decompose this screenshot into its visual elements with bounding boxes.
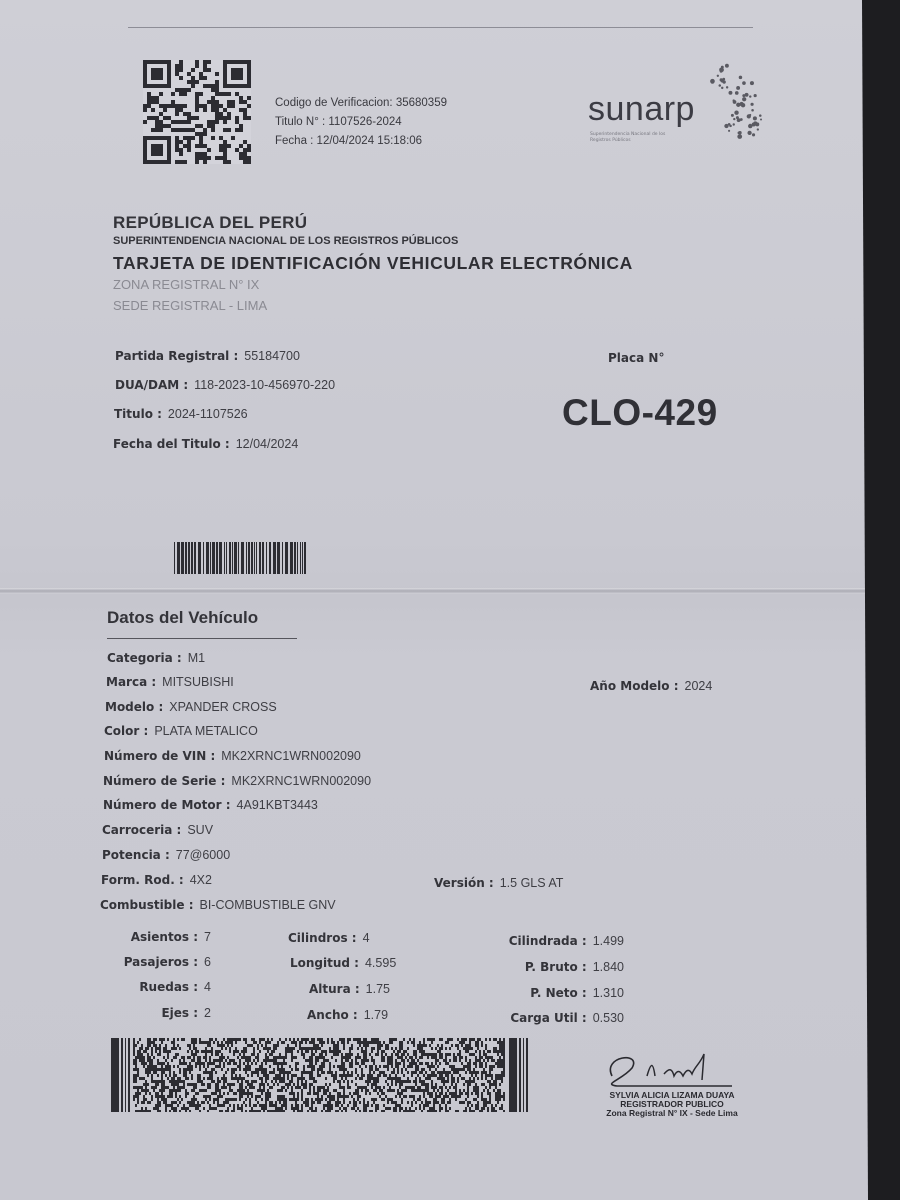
p-bruto-field: P. Bruto :1.840 bbox=[525, 960, 624, 974]
combustible-label: Combustible : bbox=[100, 898, 194, 912]
ejes-value: 2 bbox=[204, 1006, 211, 1020]
longitud-value: 4.595 bbox=[365, 956, 396, 970]
verification-title-number: Titulo N° : 1107526-2024 bbox=[275, 113, 447, 132]
anio-modelo-value: 2024 bbox=[685, 679, 713, 693]
longitud-label: Longitud : bbox=[290, 956, 359, 970]
vin-label: Número de VIN : bbox=[104, 749, 215, 763]
logo-subtitle: Superintendencia Nacional de los Registr… bbox=[590, 132, 680, 144]
partida-value: 55184700 bbox=[244, 349, 300, 363]
categoria-label: Categoria : bbox=[107, 651, 182, 665]
top-rule bbox=[128, 27, 753, 28]
color-value: PLATA METALICO bbox=[154, 724, 258, 738]
sunarp-logo: sunarp Superintendencia Nacional de los … bbox=[588, 60, 768, 160]
logo-wordmark: sunarp bbox=[588, 90, 695, 129]
verification-block: Codigo de Verificacion: 35680359 Titulo … bbox=[275, 94, 447, 151]
anio-modelo-field: Año Modelo :2024 bbox=[590, 679, 712, 693]
color-label: Color : bbox=[104, 724, 148, 738]
carga-util-value: 0.530 bbox=[593, 1011, 624, 1025]
fold-crease bbox=[0, 588, 868, 594]
p-bruto-label: P. Bruto : bbox=[525, 960, 587, 974]
registrar-zone: Zona Registral N° IX - Sede Lima bbox=[572, 1109, 772, 1118]
agency-heading: SUPERINTENDENCIA NACIONAL DE LOS REGISTR… bbox=[113, 235, 458, 247]
pdf417-barcode-icon bbox=[111, 1038, 531, 1112]
verification-date: Fecha : 12/04/2024 15:18:06 bbox=[275, 132, 447, 151]
ancho-value: 1.79 bbox=[364, 1008, 388, 1022]
zona-registral: ZONA REGISTRAL N° IX bbox=[113, 277, 259, 292]
pasajeros-label: Pasajeros : bbox=[124, 955, 198, 969]
titulo-field: Titulo :2024-1107526 bbox=[114, 407, 248, 421]
form-rod-label: Form. Rod. : bbox=[101, 873, 184, 887]
asientos-label: Asientos : bbox=[131, 930, 198, 944]
anio-modelo-label: Año Modelo : bbox=[590, 679, 679, 693]
serie-value: MK2XRNC1WRN002090 bbox=[231, 774, 371, 788]
potencia-field: Potencia :77@6000 bbox=[102, 848, 230, 862]
sede-registral: SEDE REGISTRAL - LIMA bbox=[113, 298, 267, 313]
motor-field: Número de Motor :4A91KBT3443 bbox=[103, 798, 318, 812]
modelo-field: Modelo :XPANDER CROSS bbox=[105, 700, 277, 714]
ejes-field: Ejes :2 bbox=[161, 1006, 211, 1020]
motor-value: 4A91KBT3443 bbox=[237, 798, 318, 812]
ancho-field: Ancho :1.79 bbox=[307, 1008, 388, 1022]
carroceria-value: SUV bbox=[187, 823, 213, 837]
longitud-field: Longitud :4.595 bbox=[290, 956, 396, 970]
combustible-field: Combustible :BI-COMBUSTIBLE GNV bbox=[100, 898, 336, 912]
potencia-label: Potencia : bbox=[102, 848, 170, 862]
signature-block: SYLVIA ALICIA LIZAMA DUAYA REGISTRADOR P… bbox=[572, 1046, 772, 1126]
signature-text: SYLVIA ALICIA LIZAMA DUAYA REGISTRADOR P… bbox=[572, 1091, 772, 1118]
p-neto-label: P. Neto : bbox=[530, 986, 586, 1000]
dua-label: DUA/DAM : bbox=[115, 378, 188, 392]
pasajeros-value: 6 bbox=[204, 955, 211, 969]
marca-label: Marca : bbox=[106, 675, 156, 689]
carroceria-field: Carroceria :SUV bbox=[102, 823, 213, 837]
form-rod-field: Form. Rod. :4X2 bbox=[101, 873, 212, 887]
version-value: 1.5 GLS AT bbox=[500, 876, 564, 890]
color-field: Color :PLATA METALICO bbox=[104, 724, 258, 738]
carga-util-field: Carga Util :0.530 bbox=[510, 1011, 624, 1025]
verification-code: Codigo de Verificacion: 35680359 bbox=[275, 94, 447, 113]
categoria-field: Categoria :M1 bbox=[107, 651, 205, 665]
altura-label: Altura : bbox=[309, 982, 360, 996]
barcode-icon bbox=[174, 542, 309, 574]
motor-label: Número de Motor : bbox=[103, 798, 231, 812]
qr-code-icon bbox=[143, 60, 251, 164]
ruedas-field: Ruedas :4 bbox=[139, 980, 211, 994]
categoria-value: M1 bbox=[188, 651, 205, 665]
dua-value: 118-2023-10-456970-220 bbox=[194, 378, 335, 392]
document-paper: Codigo de Verificacion: 35680359 Titulo … bbox=[0, 0, 868, 1200]
vehicle-section-title: Datos del Vehículo bbox=[107, 608, 258, 628]
carga-util-label: Carga Util : bbox=[510, 1011, 586, 1025]
country-heading: REPÚBLICA DEL PERÚ bbox=[113, 213, 307, 233]
titulo-value: 2024-1107526 bbox=[168, 407, 248, 421]
document-title: TARJETA DE IDENTIFICACIÓN VEHICULAR ELEC… bbox=[113, 253, 633, 274]
modelo-value: XPANDER CROSS bbox=[169, 700, 276, 714]
ejes-label: Ejes : bbox=[161, 1006, 198, 1020]
vin-field: Número de VIN :MK2XRNC1WRN002090 bbox=[104, 749, 361, 763]
signature-scribble-icon bbox=[572, 1046, 772, 1094]
cilindros-field: Cilindros :4 bbox=[288, 931, 370, 945]
fecha-titulo-field: Fecha del Titulo :12/04/2024 bbox=[113, 437, 298, 451]
cilindrada-label: Cilindrada : bbox=[509, 934, 587, 948]
section-underline bbox=[107, 638, 297, 639]
cilindrada-field: Cilindrada :1.499 bbox=[509, 934, 624, 948]
combustible-value: BI-COMBUSTIBLE GNV bbox=[200, 898, 336, 912]
altura-value: 1.75 bbox=[366, 982, 390, 996]
cilindros-label: Cilindros : bbox=[288, 931, 357, 945]
plate-number: CLO-429 bbox=[562, 392, 718, 434]
p-neto-field: P. Neto :1.310 bbox=[530, 986, 624, 1000]
ancho-label: Ancho : bbox=[307, 1008, 358, 1022]
serie-label: Número de Serie : bbox=[103, 774, 225, 788]
ruedas-value: 4 bbox=[204, 980, 211, 994]
partida-label: Partida Registral : bbox=[115, 349, 238, 363]
marca-value: MITSUBISHI bbox=[162, 675, 234, 689]
titulo-label: Titulo : bbox=[114, 407, 162, 421]
asientos-field: Asientos :7 bbox=[131, 930, 211, 944]
cilindros-value: 4 bbox=[363, 931, 370, 945]
ruedas-label: Ruedas : bbox=[139, 980, 198, 994]
pasajeros-field: Pasajeros :6 bbox=[124, 955, 211, 969]
carroceria-label: Carroceria : bbox=[102, 823, 181, 837]
vin-value: MK2XRNC1WRN002090 bbox=[221, 749, 361, 763]
altura-field: Altura :1.75 bbox=[309, 982, 390, 996]
p-neto-value: 1.310 bbox=[593, 986, 624, 1000]
form-rod-value: 4X2 bbox=[190, 873, 212, 887]
marca-field: Marca :MITSUBISHI bbox=[106, 675, 234, 689]
modelo-label: Modelo : bbox=[105, 700, 163, 714]
asientos-value: 7 bbox=[204, 930, 211, 944]
partida-field: Partida Registral :55184700 bbox=[115, 349, 300, 363]
plate-label: Placa N° bbox=[608, 351, 664, 365]
cilindrada-value: 1.499 bbox=[593, 934, 624, 948]
potencia-value: 77@6000 bbox=[176, 848, 230, 862]
dua-field: DUA/DAM :118-2023-10-456970-220 bbox=[115, 378, 335, 392]
p-bruto-value: 1.840 bbox=[593, 960, 624, 974]
version-field: Versión :1.5 GLS AT bbox=[434, 876, 563, 890]
version-label: Versión : bbox=[434, 876, 494, 890]
serie-field: Número de Serie :MK2XRNC1WRN002090 bbox=[103, 774, 371, 788]
fecha-titulo-value: 12/04/2024 bbox=[236, 437, 299, 451]
fecha-titulo-label: Fecha del Titulo : bbox=[113, 437, 230, 451]
